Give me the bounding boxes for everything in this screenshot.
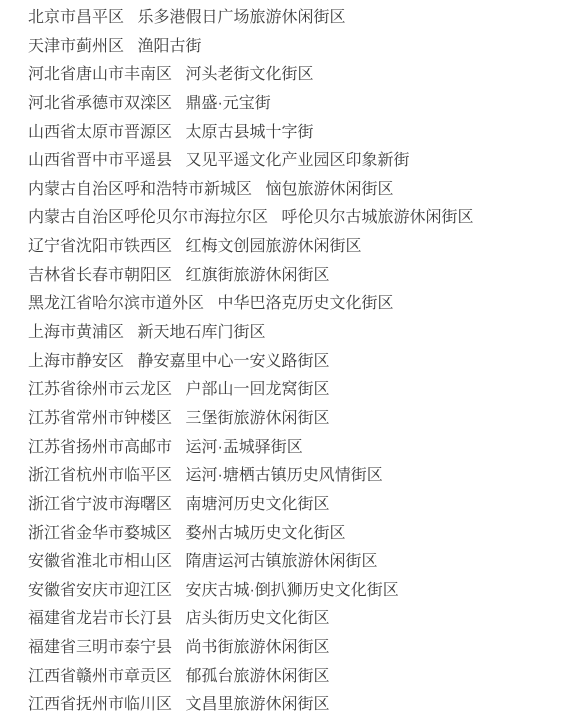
region-label: 江苏省常州市钟楼区 (28, 405, 172, 434)
region-label: 黑龙江省哈尔滨市道外区 (28, 290, 204, 319)
region-label: 浙江省宁波市海曙区 (28, 491, 172, 520)
list-item: 内蒙古自治区呼和浩特市新城区 恼包旅游休闲街区 (28, 176, 577, 205)
list-item: 内蒙古自治区呼伦贝尔市海拉尔区 呼伦贝尔古城旅游休闲街区 (28, 204, 577, 233)
street-name-label: 乐多港假日广场旅游休闲街区 (137, 4, 345, 33)
list-item: 河北省唐山市丰南区 河头老街文化街区 (28, 61, 577, 90)
region-label: 山西省晋中市平遥县 (28, 147, 172, 176)
region-label: 河北省唐山市丰南区 (28, 61, 172, 90)
street-list: 北京市昌平区 乐多港假日广场旅游休闲街区 天津市蓟州区 渔阳古街 河北省唐山市丰… (0, 0, 577, 720)
street-name-label: 运河·塘栖古镇历史风情街区 (185, 462, 382, 491)
region-label: 江西省赣州市章贡区 (28, 663, 172, 692)
list-item: 安徽省安庆市迎江区 安庆古城·倒扒狮历史文化街区 (28, 577, 577, 606)
region-label: 福建省三明市泰宁县 (28, 634, 172, 663)
region-label: 辽宁省沈阳市铁西区 (28, 233, 172, 262)
street-name-label: 红旗街旅游休闲街区 (185, 262, 329, 291)
street-name-label: 呼伦贝尔古城旅游休闲街区 (281, 204, 473, 233)
region-label: 安徽省安庆市迎江区 (28, 577, 172, 606)
region-label: 安徽省淮北市相山区 (28, 548, 172, 577)
region-label: 浙江省杭州市临平区 (28, 462, 172, 491)
street-name-label: 鼎盛·元宝街 (185, 90, 270, 119)
street-name-label: 红梅文创园旅游休闲街区 (185, 233, 361, 262)
list-item: 上海市黄浦区 新天地石库门街区 (28, 319, 577, 348)
street-name-label: 南塘河历史文化街区 (185, 491, 329, 520)
list-item: 辽宁省沈阳市铁西区 红梅文创园旅游休闲街区 (28, 233, 577, 262)
list-item: 安徽省淮北市相山区 隋唐运河古镇旅游休闲街区 (28, 548, 577, 577)
list-item: 江苏省徐州市云龙区 户部山一回龙窝街区 (28, 376, 577, 405)
list-item: 上海市静安区 静安嘉里中心一安义路街区 (28, 348, 577, 377)
list-item: 浙江省杭州市临平区 运河·塘栖古镇历史风情街区 (28, 462, 577, 491)
region-label: 江苏省扬州市高邮市 (28, 434, 172, 463)
list-item: 浙江省宁波市海曙区 南塘河历史文化街区 (28, 491, 577, 520)
street-name-label: 安庆古城·倒扒狮历史文化街区 (185, 577, 398, 606)
region-label: 河北省承德市双滦区 (28, 90, 172, 119)
street-name-label: 户部山一回龙窝街区 (185, 376, 329, 405)
list-item: 山西省太原市晋源区 太原古县城十字街 (28, 119, 577, 148)
list-item: 浙江省金华市婺城区 婺州古城历史文化街区 (28, 520, 577, 549)
list-item: 吉林省长春市朝阳区 红旗街旅游休闲街区 (28, 262, 577, 291)
street-name-label: 运河·盂城驿街区 (185, 434, 302, 463)
region-label: 内蒙古自治区呼伦贝尔市海拉尔区 (28, 204, 268, 233)
list-item: 江苏省常州市钟楼区 三堡街旅游休闲街区 (28, 405, 577, 434)
street-name-label: 恼包旅游休闲街区 (265, 176, 393, 205)
street-name-label: 又见平遥文化产业园区印象新街 (185, 147, 409, 176)
region-label: 吉林省长春市朝阳区 (28, 262, 172, 291)
street-name-label: 渔阳古街 (137, 33, 201, 62)
street-name-label: 新天地石库门街区 (137, 319, 265, 348)
region-label: 浙江省金华市婺城区 (28, 520, 172, 549)
region-label: 上海市黄浦区 (28, 319, 124, 348)
list-item: 福建省龙岩市长汀县 店头街历史文化街区 (28, 605, 577, 634)
region-label: 天津市蓟州区 (28, 33, 124, 62)
street-name-label: 郁孤台旅游休闲街区 (185, 663, 329, 692)
street-name-label: 中华巴洛克历史文化街区 (217, 290, 393, 319)
street-name-label: 店头街历史文化街区 (185, 605, 329, 634)
region-label: 上海市静安区 (28, 348, 124, 377)
region-label: 山西省太原市晋源区 (28, 119, 172, 148)
street-name-label: 太原古县城十字街 (185, 119, 313, 148)
street-name-label: 静安嘉里中心一安义路街区 (137, 348, 329, 377)
street-name-label: 河头老街文化街区 (185, 61, 313, 90)
list-item: 江苏省扬州市高邮市 运河·盂城驿街区 (28, 434, 577, 463)
list-item: 山西省晋中市平遥县 又见平遥文化产业园区印象新街 (28, 147, 577, 176)
street-name-label: 尚书街旅游休闲街区 (185, 634, 329, 663)
region-label: 江西省抚州市临川区 (28, 691, 172, 720)
street-name-label: 文昌里旅游休闲街区 (185, 691, 329, 720)
region-label: 北京市昌平区 (28, 4, 124, 33)
list-item: 天津市蓟州区 渔阳古街 (28, 33, 577, 62)
region-label: 内蒙古自治区呼和浩特市新城区 (28, 176, 252, 205)
list-item: 江西省抚州市临川区 文昌里旅游休闲街区 (28, 691, 577, 720)
region-label: 福建省龙岩市长汀县 (28, 605, 172, 634)
list-item: 福建省三明市泰宁县 尚书街旅游休闲街区 (28, 634, 577, 663)
region-label: 江苏省徐州市云龙区 (28, 376, 172, 405)
street-name-label: 婺州古城历史文化街区 (185, 520, 345, 549)
list-item: 北京市昌平区 乐多港假日广场旅游休闲街区 (28, 4, 577, 33)
list-item: 河北省承德市双滦区 鼎盛·元宝街 (28, 90, 577, 119)
street-name-label: 三堡街旅游休闲街区 (185, 405, 329, 434)
street-name-label: 隋唐运河古镇旅游休闲街区 (185, 548, 377, 577)
list-item: 黑龙江省哈尔滨市道外区 中华巴洛克历史文化街区 (28, 290, 577, 319)
list-item: 江西省赣州市章贡区 郁孤台旅游休闲街区 (28, 663, 577, 692)
